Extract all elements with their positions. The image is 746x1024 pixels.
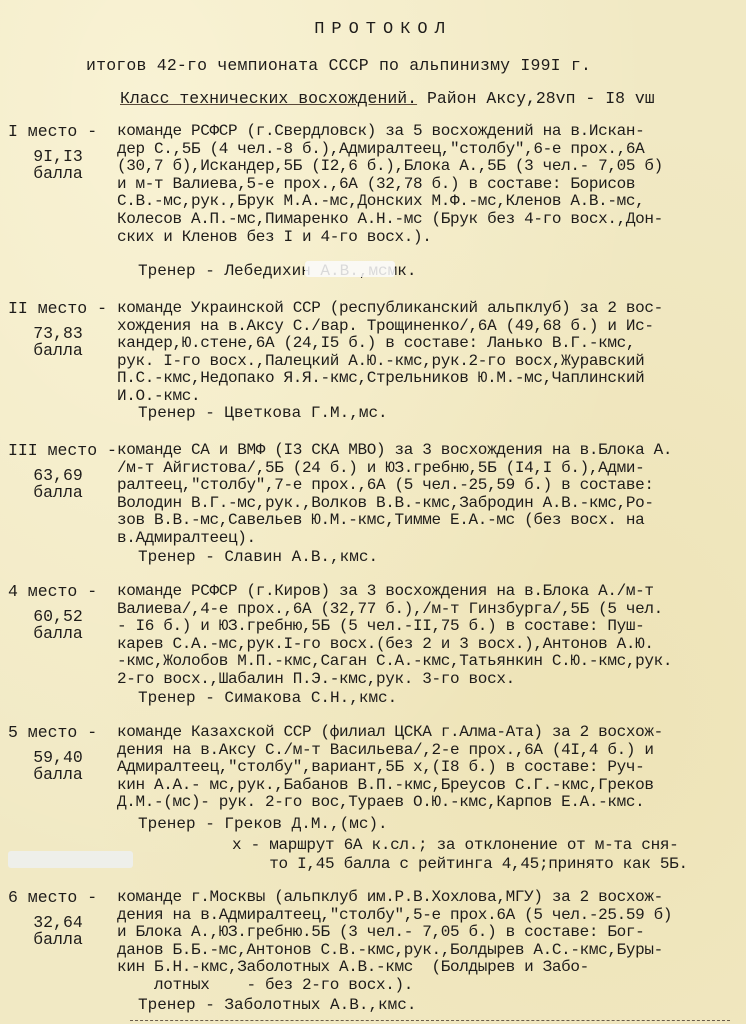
- place-label: 6 место -: [8, 888, 107, 907]
- document-subtitle: итогов 42-го чемпионата СССР по альпиниз…: [86, 56, 591, 75]
- place-label: II место -: [8, 299, 117, 318]
- score: 63,69балла: [30, 467, 86, 501]
- correction-mark: [305, 261, 395, 277]
- score-unit: балла: [33, 765, 83, 784]
- entry-text: команде СА и ВМФ (I3 СКА МВО) за 3 восхо…: [117, 442, 742, 548]
- score: 60,52балла: [30, 608, 86, 642]
- class-name: Класс технических восхождений.: [120, 89, 417, 108]
- place-label: III место -: [8, 441, 127, 460]
- score-unit: балла: [33, 341, 83, 360]
- trainer-4: Тренер - Симакова С.Н.,кмс.: [138, 689, 397, 707]
- trainer-6: Тренер - Заболотных А.В.,кмс.: [138, 996, 416, 1014]
- score: 73,83балла: [30, 325, 86, 359]
- score: 32,64балла: [30, 914, 86, 948]
- entry-text: команде Украинской ССР (республиканский …: [117, 300, 742, 406]
- score: 9I,I3балла: [30, 148, 86, 182]
- score-unit: балла: [33, 624, 83, 643]
- document-title: ПРОТОКОЛ: [0, 20, 746, 39]
- correction-mark: [8, 851, 133, 868]
- entry-text: команде РСФСР (г.Киров) за 3 восхождения…: [117, 583, 742, 689]
- score-unit: балла: [33, 164, 83, 183]
- footnote-5: x - маршрут 6А к.сл.; за отклонение от м…: [232, 836, 688, 874]
- score-unit: балла: [33, 483, 83, 502]
- score-unit: балла: [33, 930, 83, 949]
- score: 59,40балла: [30, 749, 86, 783]
- place-label: 4 место -: [8, 582, 107, 601]
- entry-text: команде г.Москвы (альпклуб им.Р.В.Хохлов…: [117, 889, 742, 995]
- bottom-rule: [130, 1020, 730, 1021]
- class-line: Класс технических восхождений. Район Акс…: [120, 89, 655, 108]
- entry-text: команде Казахской ССР (филиал ЦСКА г.Алм…: [117, 724, 742, 812]
- region-dates: Район Аксу,28vп - I8 vш: [417, 89, 655, 108]
- trainer-2: Тренер - Цветкова Г.М.,мс.: [138, 404, 388, 422]
- place-label: 5 место -: [8, 723, 107, 742]
- trainer-5: Тренер - Греков Д.М.,(мс).: [138, 815, 388, 833]
- place-label: I место -: [8, 122, 107, 141]
- trainer-3: Тренер - Славин А.В.,кмс.: [138, 548, 378, 566]
- protocol-page: ПРОТОКОЛ итогов 42-го чемпионата СССР по…: [0, 0, 746, 1024]
- entry-text: команде РСФСР (г.Свердловск) за 5 восхож…: [117, 123, 742, 246]
